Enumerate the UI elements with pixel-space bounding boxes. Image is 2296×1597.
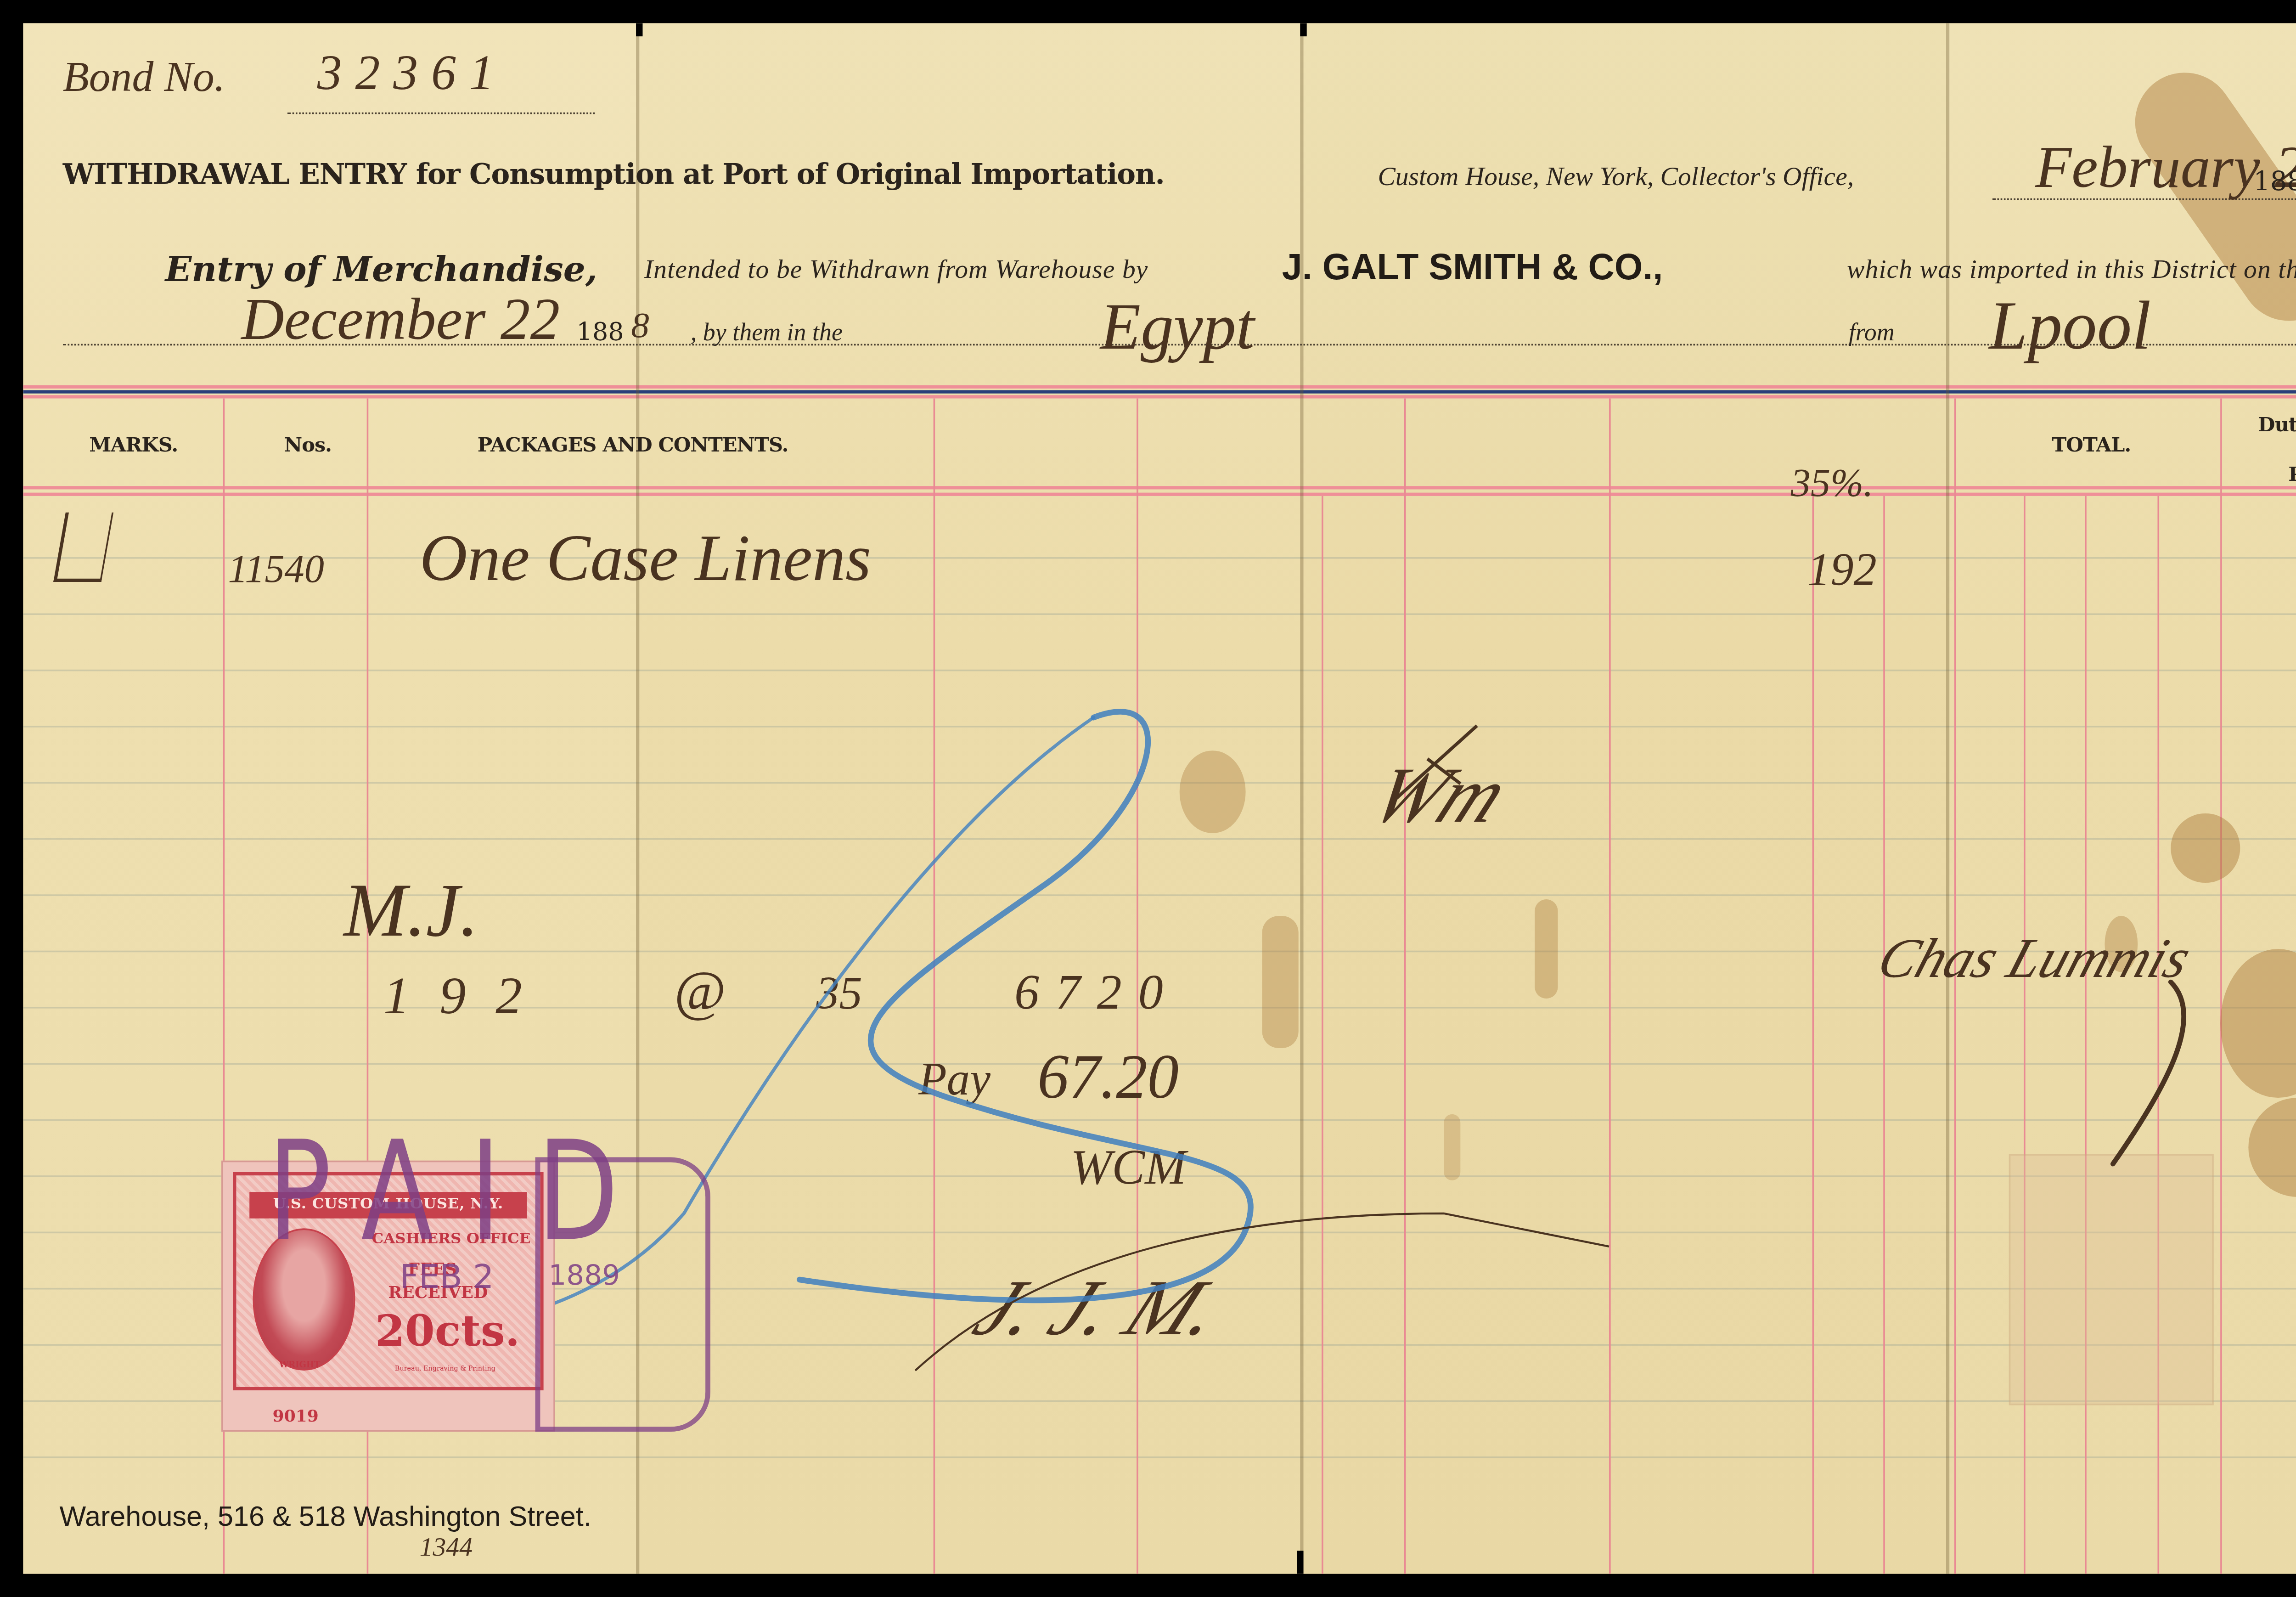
paid-handstamp: PAID — [268, 1114, 655, 1273]
paid-date: FEB 2 — [400, 1257, 494, 1296]
ink-flourish-icon — [2113, 982, 2183, 1164]
document-paper: Bond No. 32361 WITHDRAWAL ENTRY for Cons… — [23, 23, 2296, 1574]
warehouse-address: Warehouse, 516 & 518 Washington Street. — [60, 1501, 591, 1534]
stamp-value: 20cts. — [375, 1308, 520, 1357]
stamp-portrait-label: WRIGHT — [279, 1360, 320, 1371]
ink-flourish-icon — [915, 1213, 1609, 1371]
paid-year: 1889 — [548, 1260, 620, 1293]
stamp-engraver: Bureau, Engraving & Printing — [395, 1364, 495, 1372]
ink-flourish-icon — [1394, 726, 1477, 800]
stamp-plate-number: 9019 — [273, 1409, 319, 1427]
blue-pencil-s-icon — [799, 712, 1250, 1300]
handwritten-file-number: 1344 — [420, 1534, 473, 1564]
